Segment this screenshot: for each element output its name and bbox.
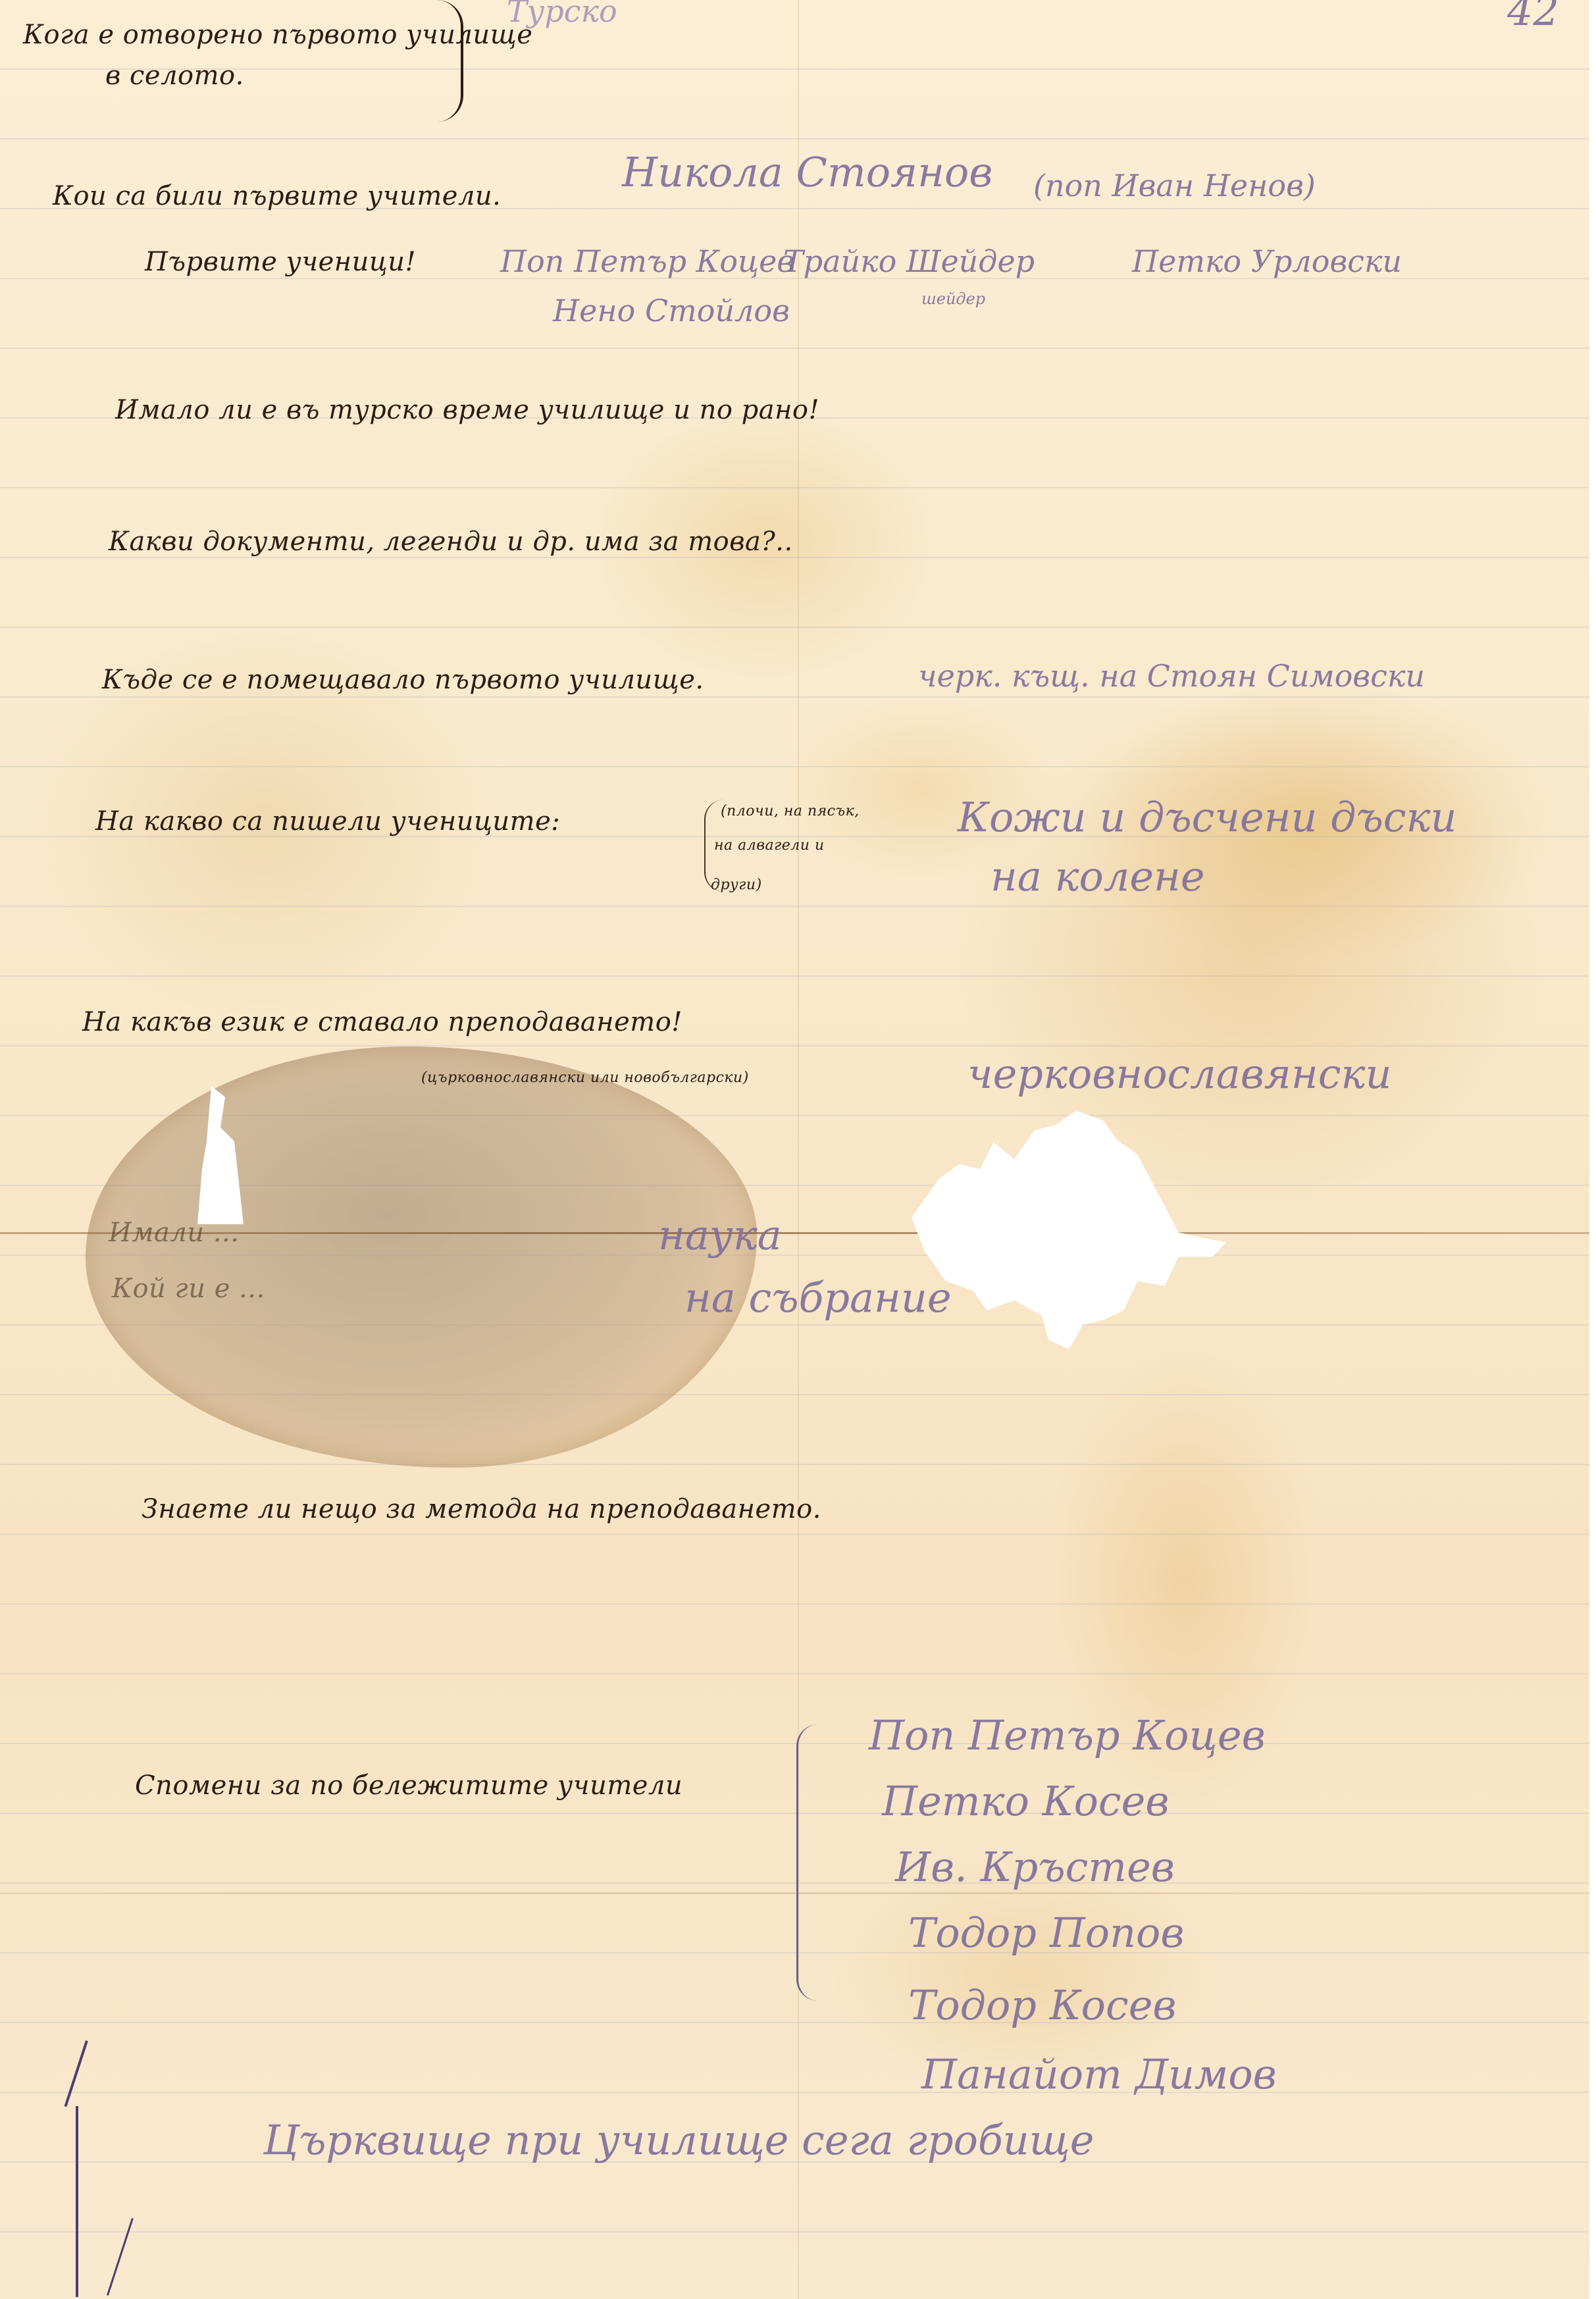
teacher-1: Поп Петър Коцев (869, 1711, 1266, 1759)
question-9-fragment: Имали ... (109, 1218, 239, 1248)
scanned-document-page: 42 Кога е отворено първото училище в сел… (0, 0, 1596, 2299)
answer-10: на събрание (684, 1274, 952, 1322)
margin-bracket (76, 2106, 78, 2297)
horizontal-fold-crease (0, 1232, 1596, 1234)
page-edge (1589, 0, 1596, 2299)
question-8: На какъв език е ставало преподаването! (82, 1007, 682, 1037)
question-5: Какви документи, легенди и др. има за то… (109, 527, 793, 557)
answer-7-line1: Кожи и дъсчени дъски (958, 793, 1456, 841)
margin-bracket-bottom (107, 2218, 134, 2296)
question-7-note-line1: (плочи, на пясък, (721, 803, 860, 819)
question-8-note: (църковнославянски или новобългарски) (421, 1070, 749, 1086)
teacher-6: Панайот Димов (921, 2050, 1277, 2098)
answer-1: Турско (507, 0, 617, 29)
answer-3-line2: Трайко Шейдер (783, 244, 1035, 279)
question-2: Кои са били първите учители. (53, 181, 501, 211)
coffee-stain (86, 1046, 757, 1468)
question-7-note-line2: на алвагели и (714, 837, 825, 854)
teacher-3: Ив. Кръстев (895, 1843, 1175, 1891)
answer-8: черковнославянски (967, 1050, 1391, 1098)
teacher-2: Петко Косев (882, 1777, 1169, 1825)
answer-3-line3: Петко Урловски (1132, 244, 1402, 279)
answer-2: Никола Стоянов (622, 148, 992, 196)
answer-2-note: (поп Иван Ненов) (1033, 168, 1316, 203)
question-12: Спомени за по бележитите учители (135, 1770, 682, 1801)
question-10-fragment: Кой ги е ... (112, 1274, 265, 1304)
teacher-4: Тодор Попов (908, 1909, 1184, 1957)
answer-3-note: шейдер (921, 290, 985, 308)
question-6: Къде се е помещавало първото училище. (102, 665, 704, 695)
page-number: 42 (1507, 0, 1559, 35)
question-3: Първите ученици! (145, 247, 416, 277)
question-12-brace (796, 1724, 818, 2001)
question-7-note-line3: други) (711, 877, 762, 893)
answer-6: черк. къщ. на Стоян Симовски (918, 658, 1425, 694)
question-7: На какво са пишели учениците: (95, 806, 560, 837)
question-1-line2: в селото. (105, 61, 244, 91)
margin-bracket-top (64, 2040, 88, 2107)
answer-9: наука (658, 1211, 782, 1259)
answer-3-line4: Нено Стойлов (553, 293, 790, 328)
footer-note: Църквище при училище сега гробище (263, 2116, 1094, 2164)
question-4: Имало ли е въ турско време училище и по … (115, 395, 819, 425)
question-1-brace (434, 0, 463, 122)
teacher-5: Тодор Косев (908, 1981, 1177, 2029)
question-11: Знаете ли нещо за метода на преподаванет… (142, 1494, 821, 1524)
answer-7-line2: на колене (991, 852, 1205, 900)
answer-3-line1: Поп Петър Коцев (500, 244, 794, 279)
